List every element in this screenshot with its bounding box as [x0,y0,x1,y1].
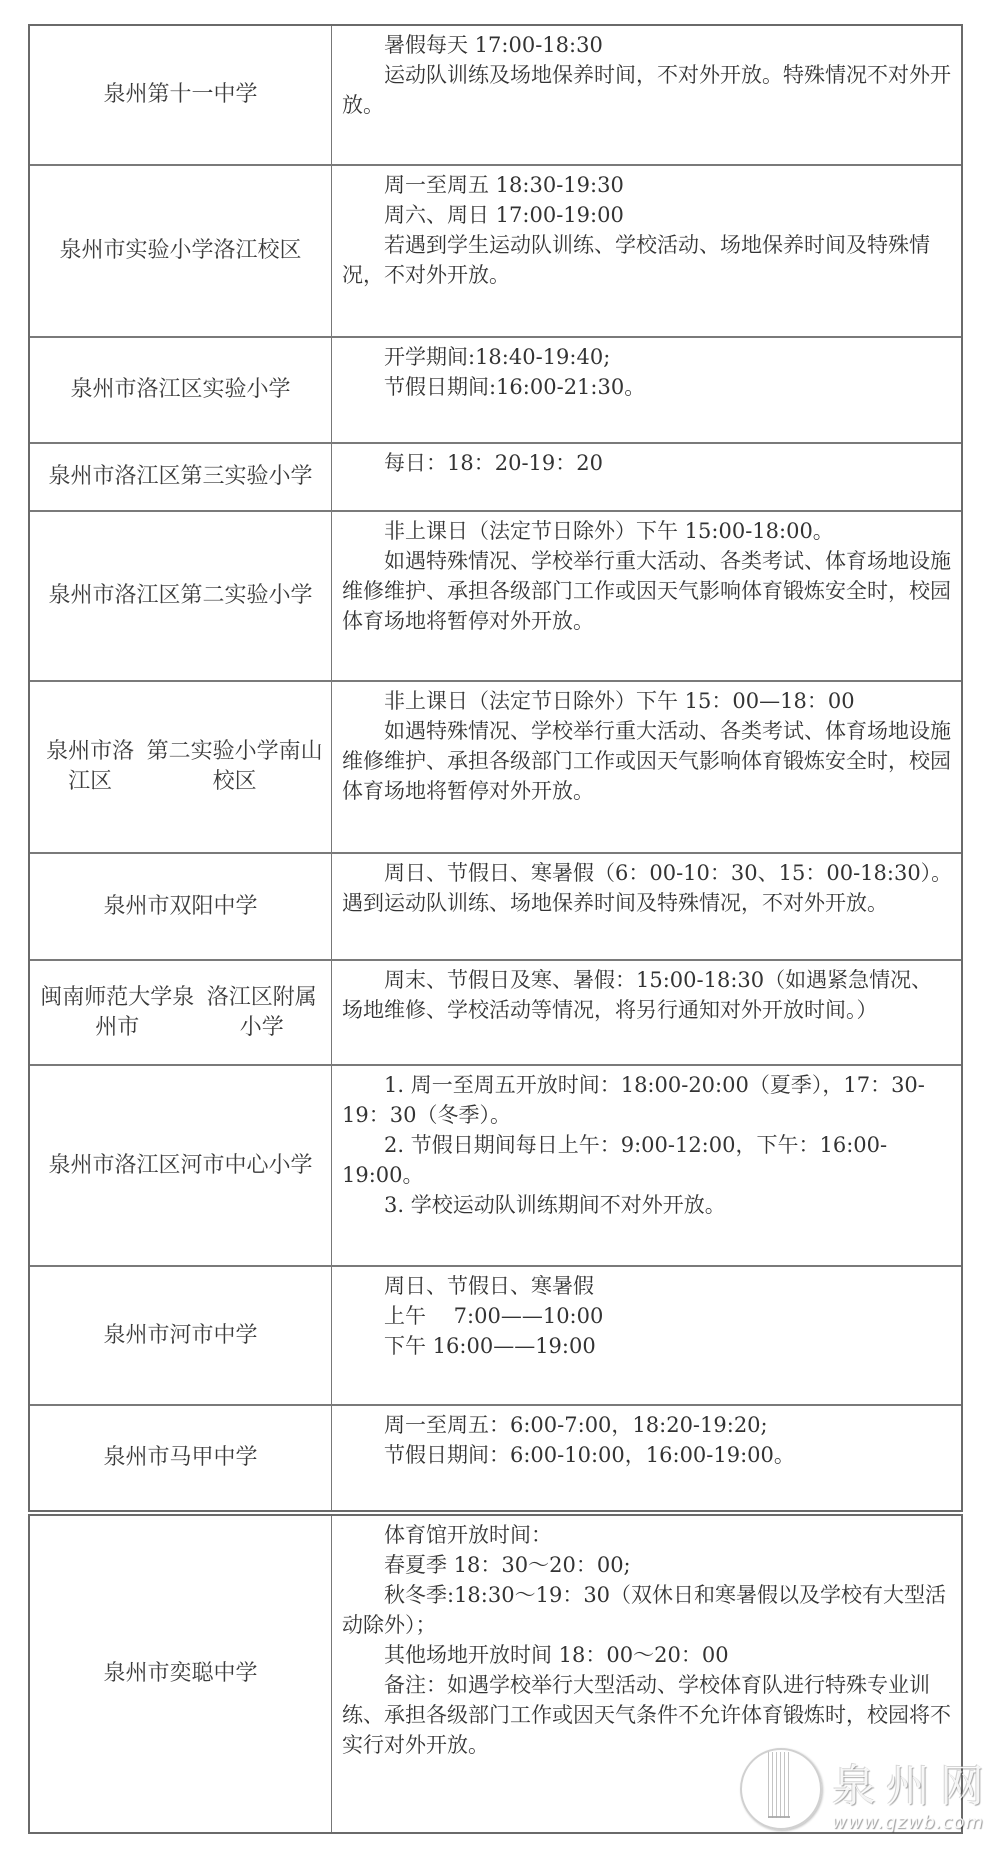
table-row: 泉州第十一中学暑假每天 17:00-18:30运动队训练及场地保养时间，不对外开… [30,26,961,164]
table-row: 泉州市洛江区河市中心小学1. 周一至周五开放时间：18:00-20:00（夏季）… [30,1064,961,1265]
opening-hours-cell: 暑假每天 17:00-18:30运动队训练及场地保养时间，不对外开放。特殊情况不… [332,26,961,164]
schedule-table-1: 泉州第十一中学暑假每天 17:00-18:30运动队训练及场地保养时间，不对外开… [28,24,963,1512]
table-row: 泉州市河市中学周日、节假日、寒暑假上午 7:00——10:00下午 16:00—… [30,1265,961,1404]
opening-hours-cell: 开学期间:18:40-19:40;节假日期间:16:00-21:30。 [332,338,961,442]
school-name-line: 泉州市洛江区 [36,737,144,797]
opening-hours-line: 如遇特殊情况、学校举行重大活动、各类考试、体育场地设施维修维护、承担各级部门工作… [342,546,953,636]
school-name-line: 泉州市奕聪中学 [103,1659,257,1689]
opening-hours-line: 节假日期间：6:00-10:00，16:00-19:00。 [342,1440,953,1470]
opening-hours-line: 备注：如遇学校举行大型活动、学校体育队进行特殊专业训练、承担各级部门工作或因天气… [342,1670,953,1760]
opening-hours-line: 周一至周五 18:30-19:30 [342,170,953,200]
school-name-line: 河市中心小学 [181,1151,313,1181]
opening-hours-line: 2. 节假日期间每日上午：9:00-12:00，下午：16:00-19:00。 [342,1130,953,1190]
opening-hours-cell: 周日、节假日、寒暑假（6：00-10：30、15：00-18:30）。遇到运动队… [332,854,961,959]
table-row: 泉州市马甲中学周一至周五：6:00-7:00，18:20-19:20;节假日期间… [30,1404,961,1510]
opening-hours-line: 春夏季 18：30～20：00; [342,1550,953,1580]
school-name-cell: 泉州市洛江区河市中心小学 [30,1066,332,1265]
opening-hours-line: 其他场地开放时间 18：00～20：00 [342,1640,953,1670]
opening-hours-line: 暑假每天 17:00-18:30 [342,30,953,60]
table-row: 闽南师范大学泉州市洛江区附属小学周末、节假日及寒、暑假：15:00-18:30（… [30,959,961,1064]
school-name-line: 第二实验小学 [181,581,313,611]
opening-hours-line: 体育馆开放时间： [342,1520,953,1550]
school-name-cell: 泉州市河市中学 [30,1267,332,1404]
school-name-cell: 泉州市实验小学洛江校区 [30,166,332,336]
school-name-cell: 泉州市奕聪中学 [30,1516,332,1832]
opening-hours-line: 如遇特殊情况、学校举行重大活动、各类考试、体育场地设施维修维护、承担各级部门工作… [342,716,953,806]
opening-hours-line: 周一至周五：6:00-7:00，18:20-19:20; [342,1410,953,1440]
school-name-cell: 闽南师范大学泉州市洛江区附属小学 [30,961,332,1064]
schedule-table-2: 泉州市奕聪中学体育馆开放时间：春夏季 18：30～20：00;秋冬季:18:30… [28,1514,963,1834]
table-row: 泉州市奕聪中学体育馆开放时间：春夏季 18：30～20：00;秋冬季:18:30… [30,1516,961,1832]
opening-hours-cell: 周末、节假日及寒、暑假：15:00-18:30（如遇紧急情况、场地维修、学校活动… [332,961,961,1064]
school-name-cell: 泉州市马甲中学 [30,1406,332,1510]
school-name-cell: 泉州市双阳中学 [30,854,332,959]
school-name-line: 洛江校区 [214,236,302,266]
opening-hours-cell: 非上课日（法定节日除外）下午 15：00—18：00如遇特殊情况、学校举行重大活… [332,682,961,852]
school-name-cell: 泉州第十一中学 [30,26,332,164]
opening-hours-line: 下午 16:00——19:00 [342,1331,953,1361]
opening-hours-cell: 非上课日（法定节日除外）下午 15:00-18:00。如遇特殊情况、学校举行重大… [332,512,961,680]
table-row: 泉州市双阳中学周日、节假日、寒暑假（6：00-10：30、15：00-18:30… [30,852,961,959]
opening-hours-line: 每日：18：20-19：20 [342,448,953,478]
opening-hours-line: 非上课日（法定节日除外）下午 15：00—18：00 [342,686,953,716]
opening-hours-line: 周六、周日 17:00-19:00 [342,200,953,230]
opening-hours-line: 运动队训练及场地保养时间，不对外开放。特殊情况不对外开放。 [342,60,953,120]
school-name-line: 泉州第十一中学 [103,80,257,110]
school-name-cell: 泉州市洛江区第二实验小学南山校区 [30,682,332,852]
school-name-line: 闽南师范大学泉州市 [36,983,199,1043]
opening-hours-line: 上午 7:00——10:00 [342,1301,953,1331]
school-name-line: 实验小学 [203,375,291,405]
table-row: 泉州市洛江区第二实验小学南山校区非上课日（法定节日除外）下午 15：00—18：… [30,680,961,852]
opening-hours-line: 非上课日（法定节日除外）下午 15:00-18:00。 [342,516,953,546]
opening-hours-line: 秋冬季:18:30～19：30（双休日和寒暑假以及学校有大型活动除外）； [342,1580,953,1640]
opening-hours-line: 若遇到学生运动队训练、学校活动、场地保养时间及特殊情况，不对外开放。 [342,230,953,290]
opening-hours-line: 3. 学校运动队训练期间不对外开放。 [342,1190,953,1220]
table-row: 泉州市洛江区第二实验小学非上课日（法定节日除外）下午 15:00-18:00。如… [30,510,961,680]
school-name-line: 泉州市双阳中学 [103,892,257,922]
school-name-cell: 泉州市洛江区第三实验小学 [30,444,332,510]
school-name-line: 泉州市洛江区 [48,581,180,611]
school-name-cell: 泉州市洛江区第二实验小学 [30,512,332,680]
school-name-line: 泉州市洛江区 [70,375,202,405]
opening-hours-line: 1. 周一至周五开放时间：18:00-20:00（夏季），17：30-19：30… [342,1070,953,1130]
opening-hours-cell: 周一至周五 18:30-19:30周六、周日 17:00-19:00若遇到学生运… [332,166,961,336]
school-name-cell: 泉州市洛江区实验小学 [30,338,332,442]
school-name-line: 泉州市洛江区 [48,1151,180,1181]
opening-hours-cell: 体育馆开放时间：春夏季 18：30～20：00;秋冬季:18:30～19：30（… [332,1516,961,1832]
opening-hours-cell: 周日、节假日、寒暑假上午 7:00——10:00下午 16:00——19:00 [332,1267,961,1404]
table-row: 泉州市洛江区第三实验小学每日：18：20-19：20 [30,442,961,510]
opening-hours-line: 节假日期间:16:00-21:30。 [342,372,953,402]
school-name-line: 泉州市洛江区 [48,462,180,492]
school-name-line: 第二实验小学南山校区 [144,737,325,797]
school-name-line: 泉州市马甲中学 [103,1443,257,1473]
school-name-line: 泉州市河市中学 [103,1321,257,1351]
table-row: 泉州市实验小学洛江校区周一至周五 18:30-19:30周六、周日 17:00-… [30,164,961,336]
opening-hours-line: 周日、节假日、寒暑假 [342,1271,953,1301]
table-row: 泉州市洛江区实验小学开学期间:18:40-19:40;节假日期间:16:00-2… [30,336,961,442]
school-name-line: 泉州市实验小学 [59,236,213,266]
opening-hours-line: 开学期间:18:40-19:40; [342,342,953,372]
school-name-line: 洛江区附属小学 [199,983,325,1043]
opening-hours-cell: 1. 周一至周五开放时间：18:00-20:00（夏季），17：30-19：30… [332,1066,961,1265]
opening-hours-cell: 周一至周五：6:00-7:00，18:20-19:20;节假日期间：6:00-1… [332,1406,961,1510]
opening-hours-cell: 每日：18：20-19：20 [332,444,961,510]
school-name-line: 第三实验小学 [181,462,313,492]
opening-hours-line: 周末、节假日及寒、暑假：15:00-18:30（如遇紧急情况、场地维修、学校活动… [342,965,953,1025]
opening-hours-line: 周日、节假日、寒暑假（6：00-10：30、15：00-18:30）。遇到运动队… [342,858,953,918]
